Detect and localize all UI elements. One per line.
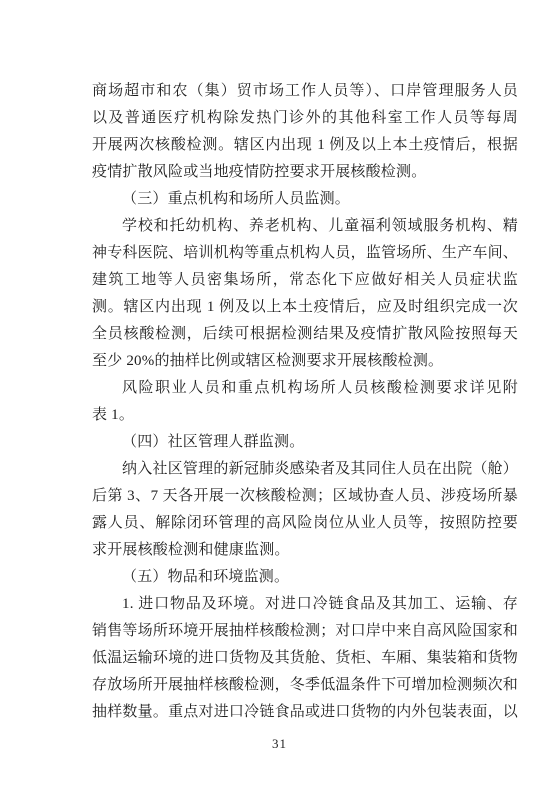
text-line: 抽样数量。重点对进口冷链食品或进口货物的内外包装表面，以: [92, 699, 518, 726]
text-line: 学校和托幼机构、养老机构、儿童福利领域服务机构、精: [92, 213, 518, 240]
text-line: 后第 3、7 天各开展一次核酸检测；区域协查人员、涉疫场所暴: [92, 483, 518, 510]
text-line: 测。辖区内出现 1 例及以上本土疫情后，应及时组织完成一次: [92, 294, 518, 321]
text-line: 销售等场所环境开展抽样核酸检测；对口岸中来自高风险国家和: [92, 618, 518, 645]
document-page: 商场超市和农（集）贸市场工作人员等）、口岸管理服务人员以及普通医疗机构除发热门诊…: [0, 0, 559, 793]
text-line: （三）重点机构和场所人员监测。: [92, 186, 518, 213]
text-line: 存放场所开展抽样核酸检测，冬季低温条件下可增加检测频次和: [92, 672, 518, 699]
text-line: 神专科医院、培训机构等重点机构人员，监管场所、生产车间、: [92, 240, 518, 267]
text-line: （五）物品和环境监测。: [92, 564, 518, 591]
text-line: 低温运输环境的进口货物及其货舱、货柜、车厢、集装箱和货物: [92, 645, 518, 672]
page-number: 31: [0, 735, 559, 753]
text-line: 1. 进口物品及环境。对进口冷链食品及其加工、运输、存储、: [92, 591, 518, 618]
text-line: 风险职业人员和重点机构场所人员核酸检测要求详见附: [92, 375, 518, 402]
text-line: 表 1。: [92, 402, 518, 429]
text-line: 建筑工地等人员密集场所，常态化下应做好相关人员症状监: [92, 267, 518, 294]
document-body: 商场超市和农（集）贸市场工作人员等）、口岸管理服务人员以及普通医疗机构除发热门诊…: [92, 78, 518, 726]
text-line: 全员核酸检测，后续可根据检测结果及疫情扩散风险按照每天: [92, 321, 518, 348]
text-line: （四）社区管理人群监测。: [92, 429, 518, 456]
text-line: 至少 20%的抽样比例或辖区检测要求开展核酸检测。: [92, 348, 518, 375]
text-line: 求开展核酸检测和健康监测。: [92, 537, 518, 564]
text-line: 以及普通医疗机构除发热门诊外的其他科室工作人员等每周: [92, 105, 518, 132]
text-line: 纳入社区管理的新冠肺炎感染者及其同住人员在出院（舱）: [92, 456, 518, 483]
text-line: 商场超市和农（集）贸市场工作人员等）、口岸管理服务人员: [92, 78, 518, 105]
text-line: 露人员、解除闭环管理的高风险岗位从业人员等，按照防控要: [92, 510, 518, 537]
text-line: 开展两次核酸检测。辖区内出现 1 例及以上本土疫情后，根据: [92, 132, 518, 159]
text-line: 疫情扩散风险或当地疫情防控要求开展核酸检测。: [92, 159, 518, 186]
